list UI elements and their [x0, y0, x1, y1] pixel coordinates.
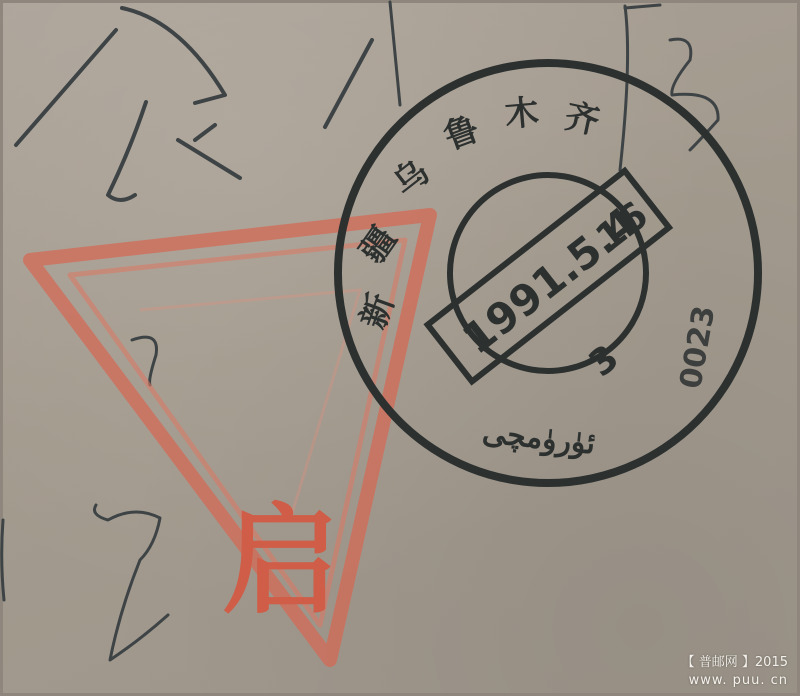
watermark-url: www. puu. cn	[682, 672, 788, 690]
red-stamp-character: 启	[222, 491, 340, 630]
postmark-char-4: 鲁	[439, 109, 485, 158]
postmark-bottom-script: ئۈرۈمچى	[481, 415, 597, 462]
postmark-char-5: 木	[503, 92, 540, 135]
postmark-time-slot: 3	[582, 337, 627, 385]
postmark-char-6: 齐	[561, 96, 603, 142]
postmark-date-box: 1991.5.4 16	[428, 171, 669, 382]
watermark: 【 普邮网 】2015 www. puu. cn	[682, 654, 788, 690]
postmark-side-code: 0023	[673, 303, 722, 391]
postmark-char-3: 乌	[385, 152, 436, 204]
watermark-site-label: 【 普邮网 】2015	[682, 654, 788, 672]
cover-photo: 启 新 疆 乌 鲁 木 齐 1991.5.4 16 3 0023 ئۈرۈمچى…	[0, 0, 800, 696]
red-triangle-stamp: 启	[30, 215, 430, 660]
stamp-artwork: 启 新 疆 乌 鲁 木 齐 1991.5.4 16 3 0023 ئۈرۈمچى	[0, 0, 800, 696]
